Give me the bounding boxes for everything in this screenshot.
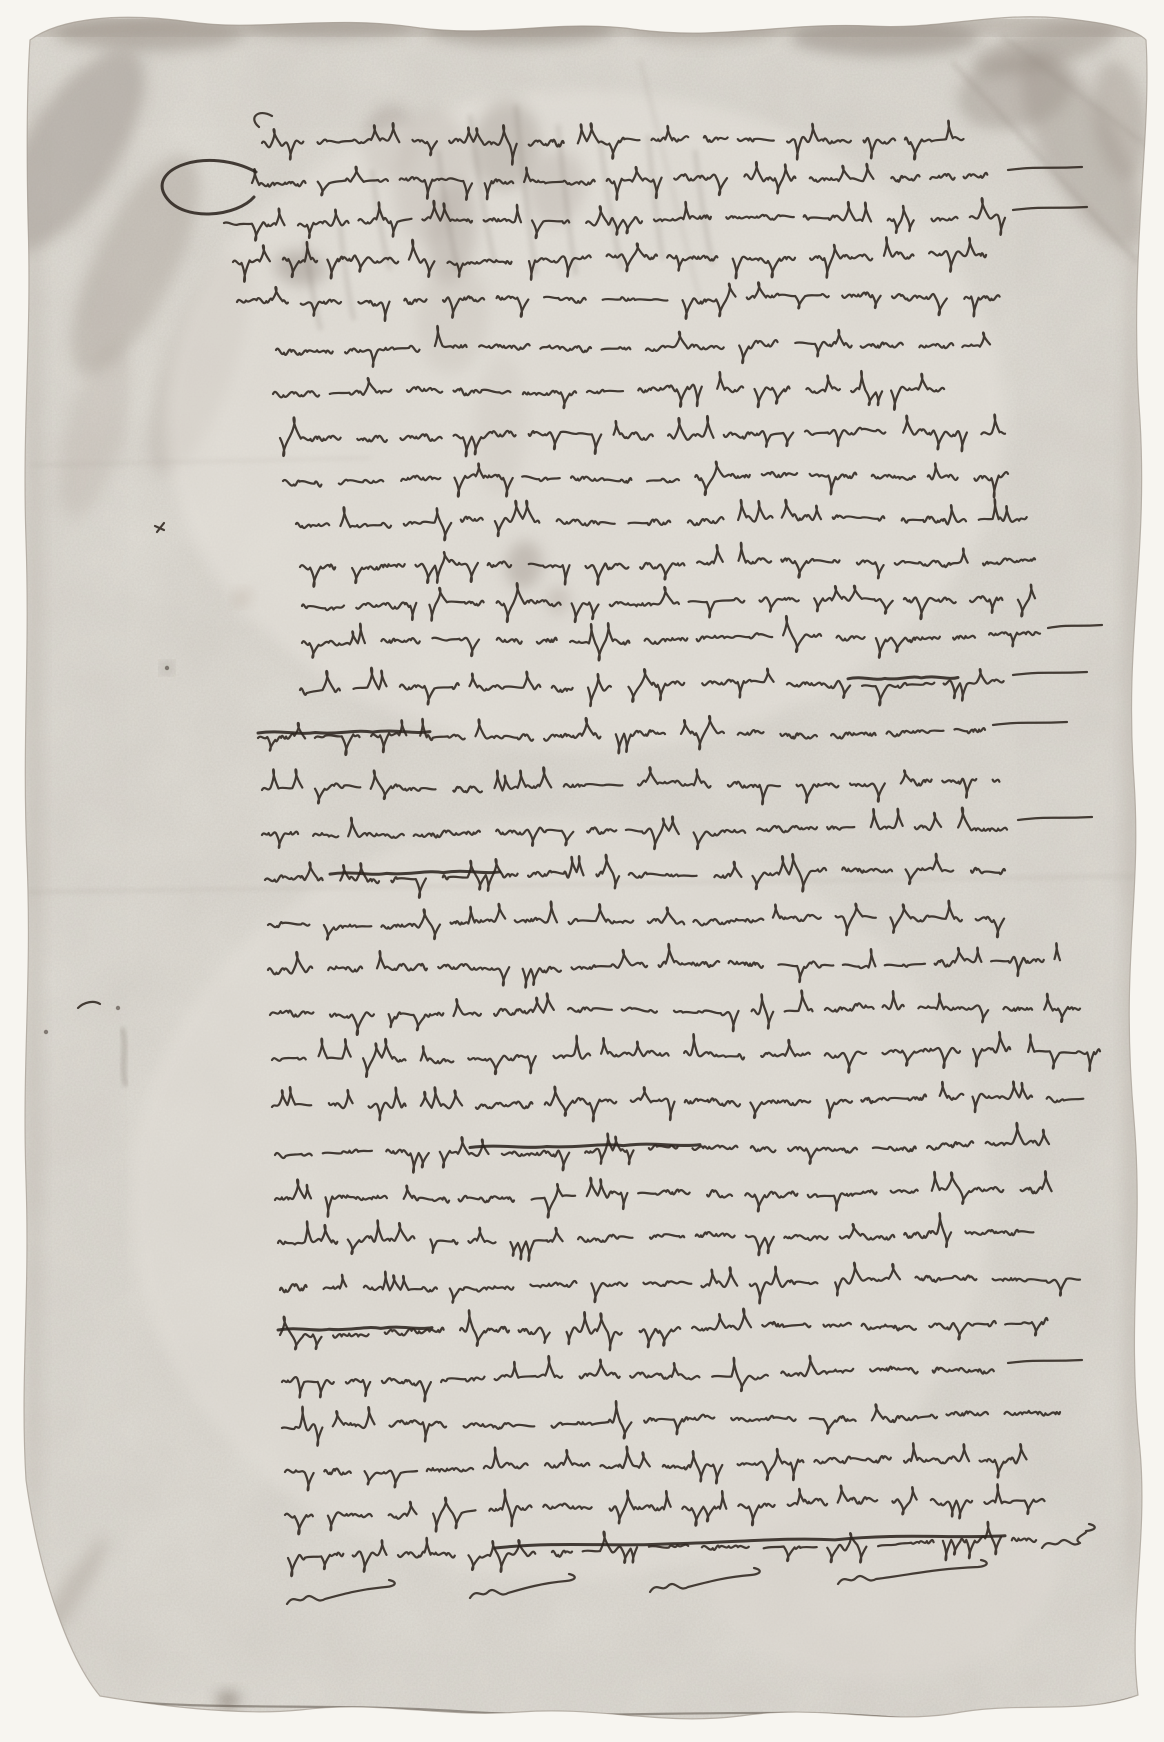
manuscript-page [0,0,1164,1742]
manuscript-scan: Scanned page of a 16th-century handwritt… [0,0,1164,1742]
paper-sheet [0,0,1164,1742]
